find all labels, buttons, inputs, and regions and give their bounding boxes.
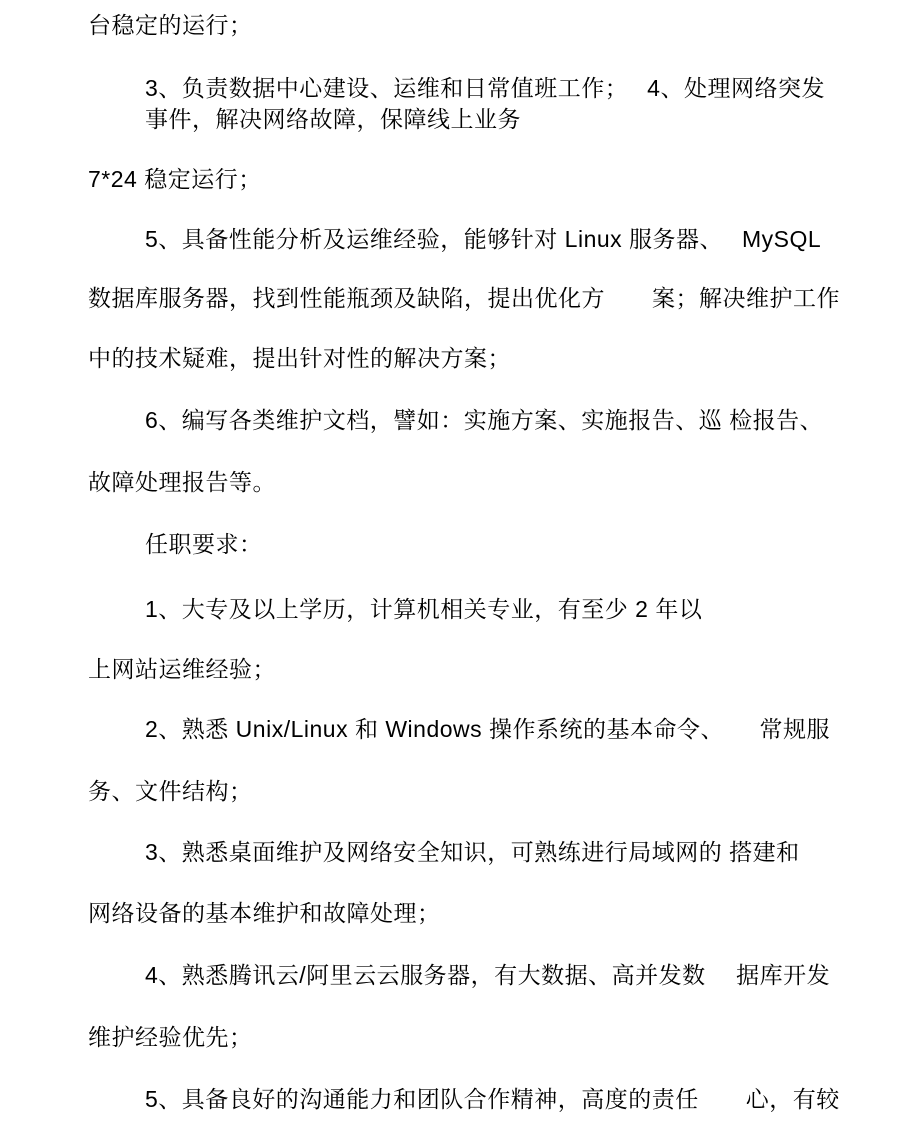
text-line: 中的技术疑难，提出针对性的解决方案； (88, 343, 511, 373)
text-line: 数据库服务器，找到性能瓶颈及缺陷，提出优化方 案；解决维护工作 (88, 283, 840, 313)
text-line: 网络设备的基本维护和故障处理； (88, 898, 441, 928)
text-line: 5、具备性能分析及运维经验，能够针对 Linux 服务器、 MySQL (145, 224, 821, 254)
text-line: 事件，解决网络故障，保障线上业务 (145, 104, 521, 134)
text-line: 任职要求： (145, 529, 263, 559)
text-line: 5、具备良好的沟通能力和团队合作精神，高度的责任 心，有较 (145, 1084, 840, 1114)
document-page: 台稳定的运行； 3、负责数据中心建设、运维和日常值班工作； 4、处理网络突发 事… (0, 0, 920, 1130)
text-line: 务、文件结构； (88, 776, 253, 806)
text-line: 4、熟悉腾讯云/阿里云云服务器，有大数据、高并发数 据库开发 (145, 960, 830, 990)
text-line: 维护经验优先； (88, 1022, 253, 1052)
text-line: 1、大专及以上学历，计算机相关专业，有至少 2 年以 (145, 594, 702, 624)
text-line: 台稳定的运行； (88, 10, 253, 40)
text-line: 6、编写各类维护文档，譬如：实施方案、实施报告、巡 检报告、 (145, 405, 823, 435)
text-line: 7*24 稳定运行； (88, 164, 262, 194)
text-line: 3、负责数据中心建设、运维和日常值班工作； 4、处理网络突发 (145, 73, 825, 103)
text-line: 2、熟悉 Unix/Linux 和 Windows 操作系统的基本命令、 常规服 (145, 714, 830, 744)
text-line: 故障处理报告等。 (88, 467, 276, 497)
text-line: 3、熟悉桌面维护及网络安全知识，可熟练进行局域网的 搭建和 (145, 837, 800, 867)
text-line: 上网站运维经验； (88, 654, 276, 684)
